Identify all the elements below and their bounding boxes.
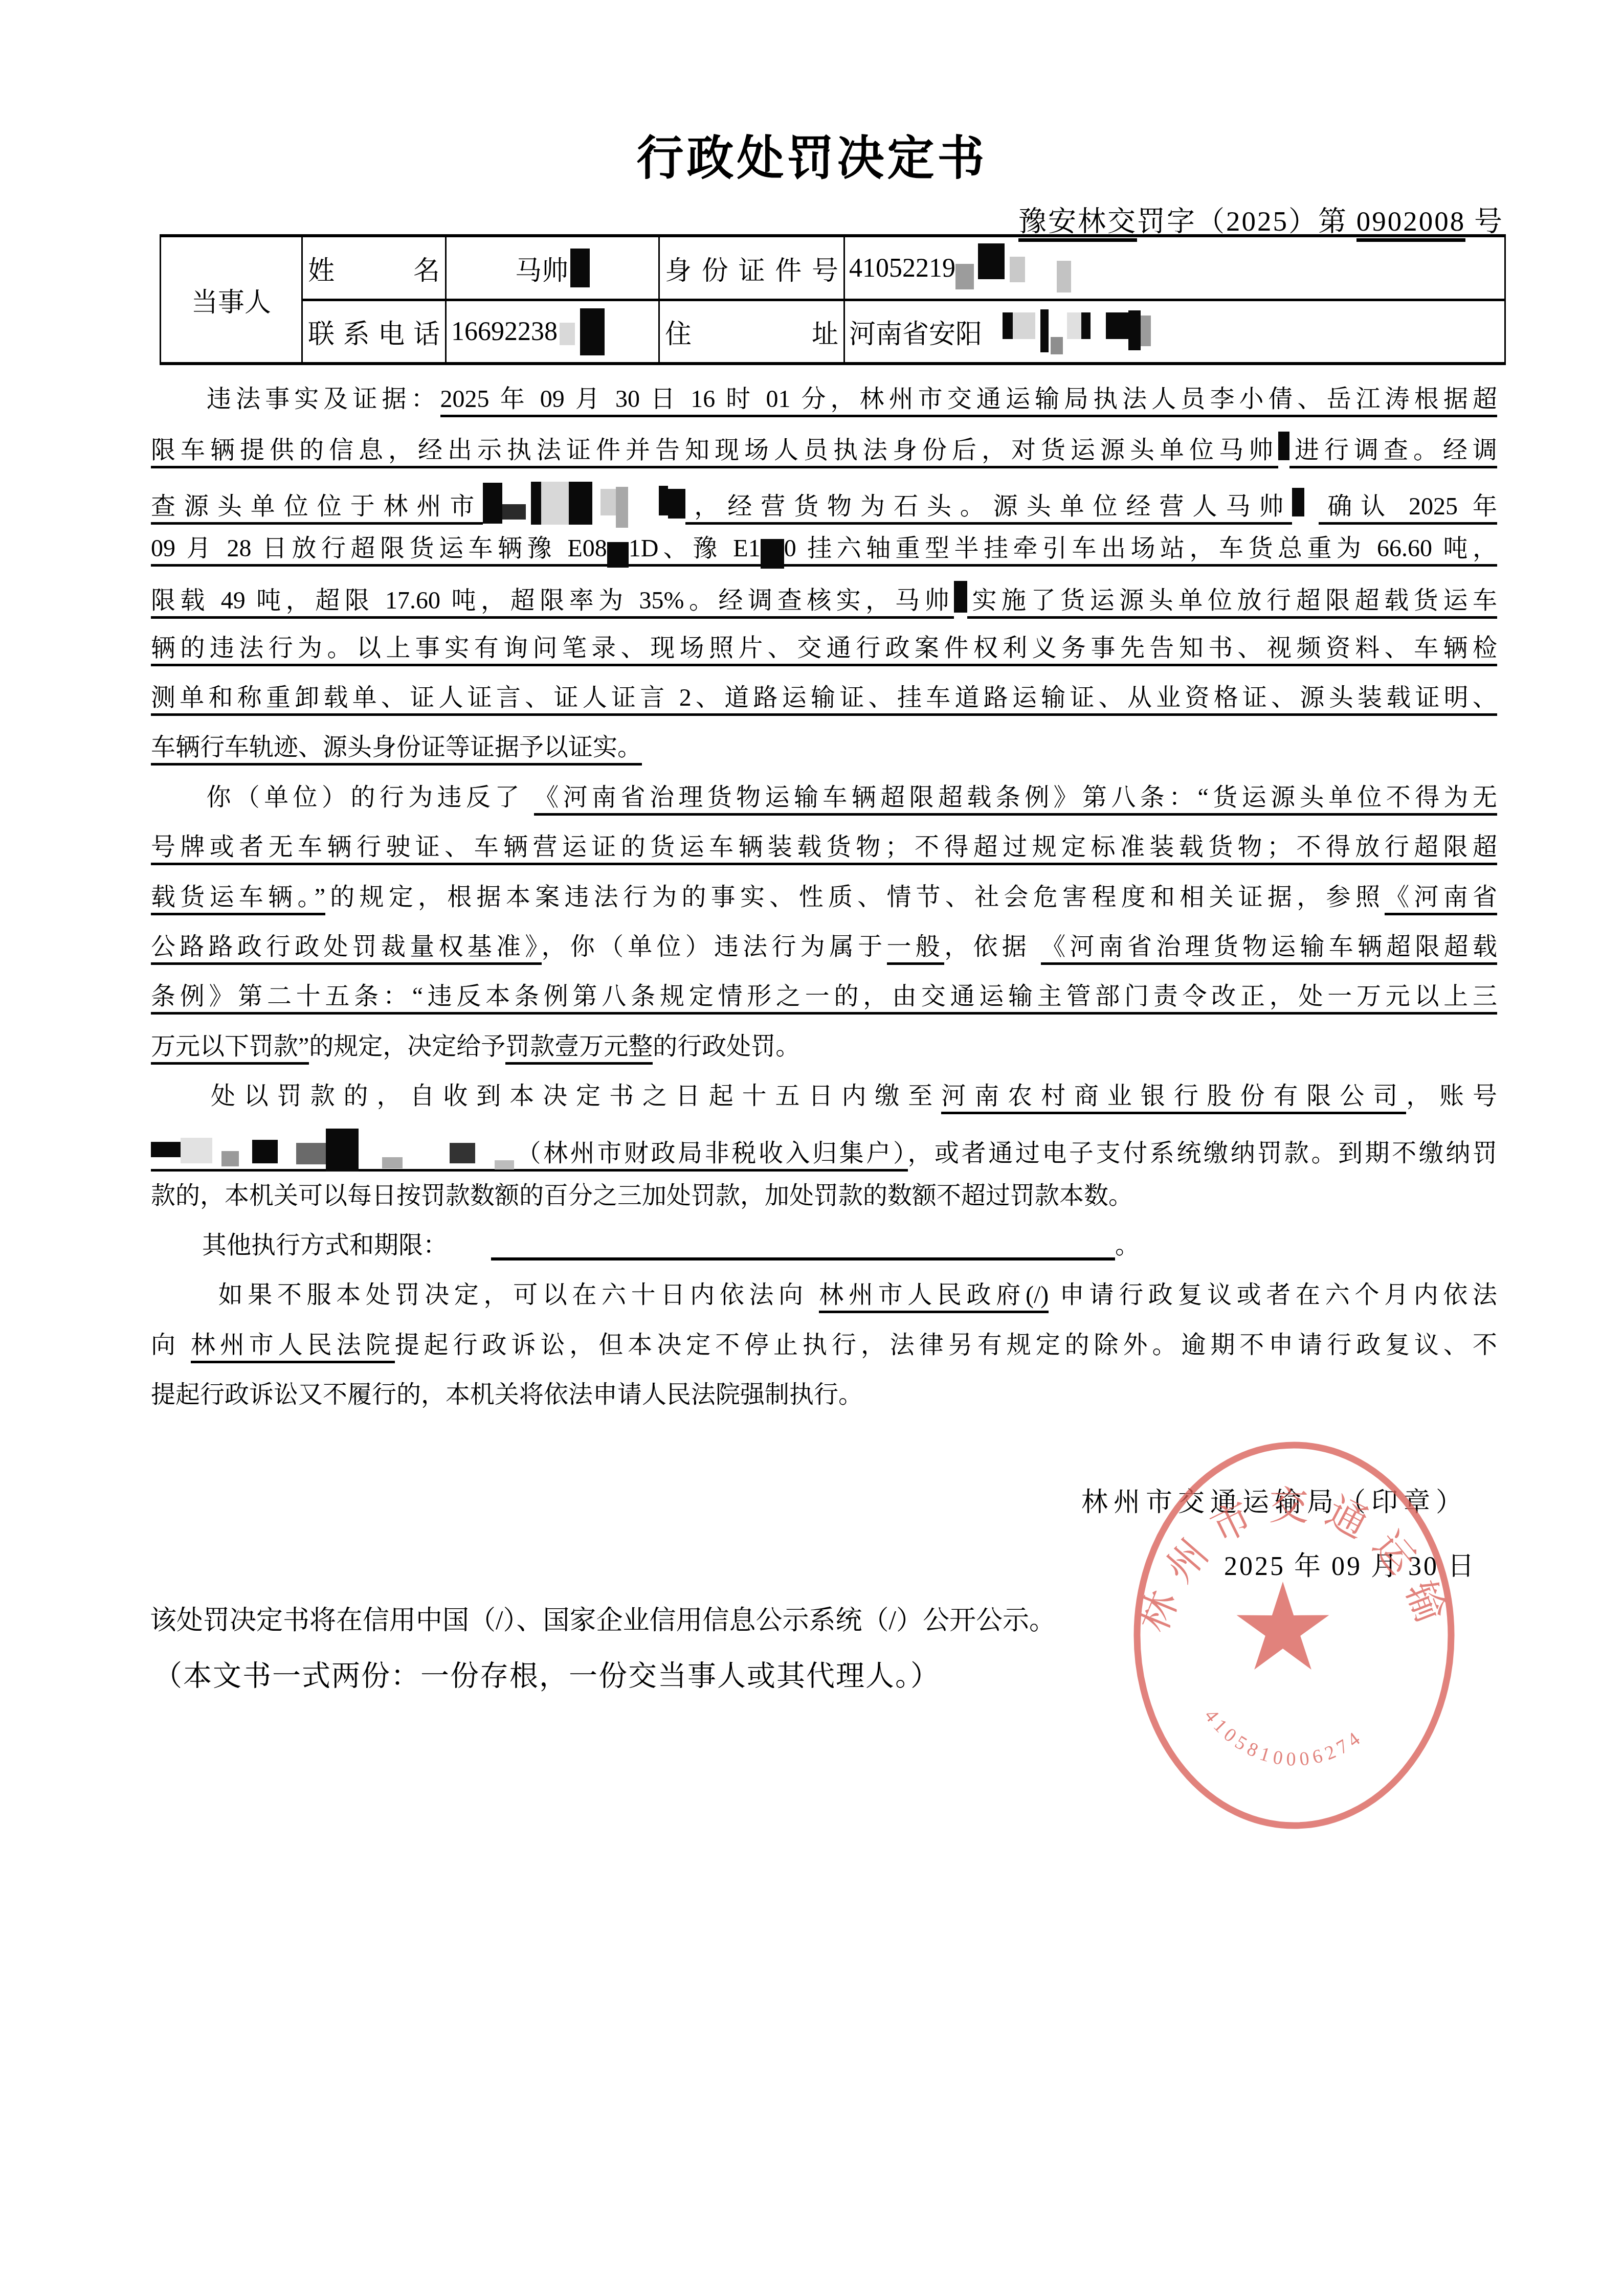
redaction-box bbox=[570, 249, 590, 287]
text-line: 号牌或者无车辆行驶证、车辆营运证的货运车辆装载货物；不得超过规定标准装载货物；不… bbox=[151, 830, 1497, 865]
name-label-cell: 姓名 bbox=[308, 237, 440, 299]
underlined-text: 车辆行车轨迹、源头身份证等证据予以证实。 bbox=[151, 734, 642, 766]
redaction-box bbox=[531, 482, 541, 525]
redaction-box bbox=[668, 489, 685, 519]
underlined-text: 2025 年 09 月 30 日 16 时 01 分，林州市交通运输局执法人员李… bbox=[440, 386, 1497, 417]
doc-number-mid: 罚字（2025）第 bbox=[1137, 206, 1356, 237]
spacer bbox=[1091, 336, 1106, 337]
redaction-box bbox=[580, 308, 605, 355]
spacer bbox=[448, 1253, 491, 1253]
addr-value-cell: 河南省安阳 bbox=[849, 301, 1504, 362]
text-line: 限车辆提供的信息，经出示执法证件并告知现场人员执法身份后，对货运源头单位马帅进行… bbox=[151, 432, 1497, 468]
underlined-text: 河南农村商业银行股份有限公司 bbox=[941, 1083, 1406, 1114]
redaction-box bbox=[326, 1129, 359, 1172]
blank-fill-line bbox=[491, 1234, 1115, 1260]
text-run: 处以罚款的，自收到本决定书之日起十五日内缴至 bbox=[202, 1083, 941, 1110]
spacer bbox=[1035, 336, 1040, 337]
spacer bbox=[151, 1253, 202, 1253]
svg-text:林州市交通运输局: 林州市交通运输局 bbox=[1118, 1427, 1458, 1641]
redaction-box bbox=[450, 1143, 475, 1163]
publicity-note: 该处罚决定书将在信用中国（/）、国家企业信用信息公示系统（/）公开公示。 bbox=[150, 1599, 1056, 1637]
text-run: （林州市财政局非税收入归集户） bbox=[514, 1140, 908, 1167]
redaction-box bbox=[181, 1138, 212, 1163]
underlined-text: 辆的违法行为。以上事实有询问笔录、现场照片、交通行政案件权利义务事先告知书、视频… bbox=[151, 635, 1497, 666]
text-run: 提起行政诉讼，但本决定不停止执行，法律另有规定的除外。逾期不申请行政复议、不 bbox=[395, 1332, 1497, 1359]
redaction-box bbox=[1278, 432, 1289, 460]
underlined-text: 一般 bbox=[887, 933, 945, 965]
underlined-text: 林州市人民法院 bbox=[191, 1332, 395, 1363]
spacer bbox=[628, 514, 659, 514]
party-table: 当事人 姓名 马帅 身份证件号 41052219 联系电话 16692238 住… bbox=[160, 234, 1506, 365]
redaction-box bbox=[955, 264, 974, 289]
phone-redaction bbox=[558, 308, 605, 355]
phone-label: 联系电话 bbox=[308, 312, 440, 351]
phone-value-cell: 16692238 bbox=[451, 301, 658, 362]
underlined-text: 限车辆提供的信息，经出示执法证件并告知现场人员执法身份后，对货运源头单位马帅 bbox=[151, 437, 1278, 468]
text-run: 其他执行方式和期限： bbox=[202, 1232, 448, 1259]
id-label-cell: 身份证件号 bbox=[665, 237, 838, 299]
id-label: 身份证件号 bbox=[665, 249, 838, 287]
redaction-box bbox=[483, 483, 502, 524]
text-run: 。 bbox=[1115, 1232, 1140, 1259]
text-run: 申请行政复议或者在六个月内依法 bbox=[1049, 1281, 1497, 1309]
underlined-text: 09 月 28 日放行超限货运车辆豫 E08 bbox=[151, 535, 607, 567]
redaction-box bbox=[1051, 337, 1063, 354]
redaction-box bbox=[502, 504, 526, 520]
underlined-text: 限载 49 吨，超限 17.60 吨，超限率为 35%。经调查核实，马帅 bbox=[151, 587, 954, 619]
name-redaction bbox=[568, 249, 590, 287]
redaction-box bbox=[1128, 310, 1141, 350]
table-vline-3 bbox=[658, 234, 660, 365]
spacer bbox=[151, 805, 202, 805]
underlined-group: （林州市财政局非税收入归集户） bbox=[151, 1140, 908, 1172]
name-value: 马帅 bbox=[515, 249, 568, 287]
spacer bbox=[359, 1161, 382, 1161]
underlined-text: 号牌或者无车辆行驶证、车辆营运证的货运车辆装载货物；不得超过规定标准装载货物；不… bbox=[151, 834, 1497, 865]
redaction-box bbox=[1141, 316, 1151, 346]
party-label: 当事人 bbox=[191, 281, 271, 319]
stamp-star-icon bbox=[1237, 1582, 1329, 1670]
stamp-org-text: 林州市交通运输局 bbox=[1118, 1427, 1458, 1641]
page-title: 行政处罚决定书 bbox=[0, 121, 1624, 188]
text-line: 处以罚款的，自收到本决定书之日起十五日内缴至河南农村商业银行股份有限公司，账号 bbox=[151, 1079, 1497, 1114]
signature-date: 2025 年 09 月 30 日 bbox=[1224, 1544, 1476, 1583]
copies-note: （本文书一式两份：一份存根，一份交当事人或其代理人。） bbox=[153, 1653, 940, 1694]
redaction-box bbox=[1040, 309, 1049, 352]
text-run: ，依据 bbox=[944, 933, 1041, 960]
spacer bbox=[151, 407, 202, 407]
redaction-box bbox=[607, 542, 629, 568]
redaction-box bbox=[659, 486, 668, 515]
redaction-box bbox=[954, 581, 967, 613]
spacer bbox=[1005, 285, 1010, 285]
underlined-text: 查源头单位位于林州市 bbox=[151, 493, 483, 525]
spacer bbox=[982, 336, 1003, 337]
spacer bbox=[403, 1161, 450, 1161]
text-line: 条例》第二十五条：“违反本条例第八条规定情形之一的，由交通运输主管部门责令改正，… bbox=[151, 979, 1497, 1014]
redaction-box bbox=[569, 482, 592, 525]
underlined-text: 《河南省 bbox=[1385, 884, 1497, 915]
table-border-right bbox=[1504, 234, 1506, 365]
redaction-box bbox=[600, 489, 616, 515]
name-value-cell: 马帅 bbox=[447, 237, 658, 299]
text-line: 车辆行车轨迹、源头身份证等证据予以证实。 bbox=[151, 730, 1497, 765]
id-value: 41052219 bbox=[849, 253, 955, 283]
text-run: 提起行政诉讼又不履行的，本机关将依法申请人民法院强制执行。 bbox=[151, 1381, 863, 1408]
underlined-text: 罚款壹万元整 bbox=[505, 1033, 653, 1065]
spacer bbox=[592, 514, 600, 514]
text-line: 款的，本机关可以每日按罚款数额的百分之三加处罚款，加处罚款的数额不超过罚款本数。 bbox=[151, 1179, 1497, 1213]
text-run: 违法事实及证据： bbox=[202, 386, 440, 413]
spacer bbox=[239, 1161, 252, 1161]
text-line: 如果不服本处罚决定，可以在六十日内依法向 林州市人民政府(/) 申请行政复议或者… bbox=[151, 1278, 1497, 1313]
phone-label-cell: 联系电话 bbox=[308, 301, 440, 362]
table-vline-4 bbox=[843, 234, 845, 365]
text-line: 载货运车辆。”的规定，根据本案违法行为的事实、性质、情节、社会危害程度和相关证据… bbox=[151, 880, 1497, 915]
text-run: 的行政处罚。 bbox=[653, 1033, 800, 1060]
text-line: 提起行政诉讼又不履行的，本机关将依法申请人民法院强制执行。 bbox=[151, 1378, 1497, 1412]
underlined-text: 进行调查。经调 bbox=[1289, 437, 1497, 468]
underlined-text: 载货运车辆。” bbox=[151, 884, 325, 915]
text-line: 查源头单位位于林州市，经营货物为石头。源头单位经营人马帅确认 2025 年 bbox=[151, 482, 1497, 528]
redaction-box bbox=[761, 539, 784, 569]
redaction-box bbox=[1013, 312, 1035, 339]
underlined-text: 0 挂六轴重型半挂牵引车出场站，车货总重为 66.60 吨， bbox=[784, 535, 1497, 567]
underlined-text: 公路路政行政处罚裁量权基准》 bbox=[151, 933, 542, 965]
svg-text:4105810006274: 4105810006274 bbox=[1200, 1705, 1367, 1770]
redaction-box bbox=[382, 1157, 403, 1168]
redaction-box bbox=[541, 482, 569, 525]
text-run: ，账号 bbox=[1406, 1083, 1497, 1110]
stamp-serial-text: 4105810006274 bbox=[1200, 1705, 1367, 1770]
redaction-box bbox=[616, 487, 628, 528]
underlined-text: 实施了货运源头单位放行超限超载货运车 bbox=[967, 587, 1497, 619]
spacer bbox=[1025, 285, 1057, 285]
text-run: 的规定，决定给予 bbox=[309, 1033, 505, 1060]
name-label: 姓名 bbox=[308, 249, 440, 287]
text-line: 违法事实及证据：2025 年 09 月 30 日 16 时 01 分，林州市交通… bbox=[151, 382, 1497, 417]
text-run: 款的，本机关可以每日按罚款数额的百分之三加处罚款，加处罚款的数额不超过罚款本数。 bbox=[151, 1182, 1133, 1209]
text-line: 辆的违法行为。以上事实有询问笔录、现场照片、交通行政案件权利义务事先告知书、视频… bbox=[151, 631, 1497, 666]
redaction-box bbox=[151, 1142, 181, 1157]
text-line: 限载 49 吨，超限 17.60 吨，超限率为 35%。经调查核实，马帅实施了货… bbox=[151, 581, 1497, 618]
spacer bbox=[151, 1302, 213, 1303]
redaction-box bbox=[221, 1151, 239, 1166]
underlined-text: 林州市人民政府(/) bbox=[819, 1281, 1049, 1313]
text-line: （林州市财政局非税收入归集户），或者通过电子支付系统缴纳罚款。到期不缴纳罚 bbox=[151, 1129, 1497, 1172]
id-redaction bbox=[955, 243, 1071, 292]
text-line: 09 月 28 日放行超限货运车辆豫 E081D、豫 E10 挂六轴重型半挂牵引… bbox=[151, 531, 1497, 569]
redaction-box bbox=[495, 1160, 514, 1169]
text-run: 的规定，根据本案违法行为的事实、性质、情节、社会危害程度和相关证据，参照 bbox=[325, 884, 1385, 911]
underlined-text: 《河南省治理货物运输车辆超限超载 bbox=[1041, 933, 1497, 965]
text-run: 向 bbox=[151, 1332, 191, 1359]
spacer bbox=[526, 514, 531, 514]
text-run: 如果不服本处罚决定，可以在六十日内依法向 bbox=[213, 1281, 819, 1309]
spacer bbox=[575, 342, 580, 342]
penalty-decision-document: 行政处罚决定书 豫安林交罚字（2025）第 0902008 号 当事人 姓名 马… bbox=[0, 0, 1624, 2296]
underlined-text: 条例》第二十五条：“违反本条例第八条规定情形之一的，由交通运输主管部门责令改正，… bbox=[151, 983, 1497, 1015]
redaction-box bbox=[1292, 488, 1304, 516]
addr-value: 河南省安阳 bbox=[849, 312, 982, 351]
text-line: 公路路政行政处罚裁量权基准》，你（单位）违法行为属于一般，依据 《河南省治理货物… bbox=[151, 930, 1497, 964]
spacer bbox=[278, 1161, 296, 1161]
redaction-box bbox=[1057, 261, 1071, 292]
signature-org: 林州市交通运输局（印章） bbox=[1081, 1480, 1468, 1519]
redaction-box bbox=[252, 1140, 278, 1163]
redaction-box bbox=[1010, 257, 1025, 282]
text-run: 你（单位）的行为违反了 bbox=[202, 784, 534, 811]
underlined-text: ，经营货物为石头。源头单位经营人马帅 bbox=[685, 493, 1292, 525]
underlined-text: 万元以下罚款” bbox=[151, 1033, 309, 1065]
spacer bbox=[475, 1161, 495, 1161]
redaction-box bbox=[296, 1143, 326, 1164]
addr-redaction bbox=[982, 309, 1151, 354]
table-border-bottom bbox=[160, 362, 1506, 365]
text-run: ，或者通过电子支付系统缴纳罚款。到期不缴纳罚 bbox=[908, 1140, 1497, 1167]
addr-label: 住址 bbox=[665, 312, 838, 351]
spacer bbox=[1063, 336, 1067, 337]
redaction-box bbox=[978, 243, 1005, 279]
redaction-box bbox=[560, 323, 575, 345]
redaction-box bbox=[1106, 312, 1128, 339]
text-line: 其他执行方式和期限：。 bbox=[151, 1228, 1497, 1263]
redaction-box bbox=[1067, 312, 1081, 339]
doc-number: 豫安林交罚字（2025）第 0902008 号 bbox=[1018, 198, 1504, 239]
text-line: 测单和称重卸载单、证人证言、证人证言 2、道路运输证、挂车道路运输证、从业资格证… bbox=[151, 681, 1497, 715]
party-cell: 当事人 bbox=[161, 237, 301, 362]
text-line: 向 林州市人民法院提起行政诉讼，但本决定不停止执行，法律另有规定的除外。逾期不申… bbox=[151, 1328, 1497, 1363]
spacer bbox=[974, 285, 978, 285]
spacer bbox=[1304, 514, 1319, 514]
spacer bbox=[212, 1161, 221, 1161]
id-value-cell: 41052219 bbox=[849, 237, 1504, 299]
spacer bbox=[151, 1104, 202, 1104]
table-vline-1 bbox=[301, 234, 303, 365]
text-run: ，你（单位）违法行为属于 bbox=[542, 933, 887, 960]
text-line: 万元以下罚款”的规定，决定给予罚款壹万元整的行政处罚。 bbox=[151, 1029, 1497, 1064]
underlined-text: 确认 2025 年 bbox=[1319, 493, 1497, 525]
redaction-box bbox=[1003, 312, 1013, 339]
text-line: 你（单位）的行为违反了 《河南省治理货物运输车辆超限超载条例》第八条：“货运源头… bbox=[151, 780, 1497, 815]
underlined-text: 测单和称重卸载单、证人证言、证人证言 2、道路运输证、挂车道路运输证、从业资格证… bbox=[151, 684, 1497, 716]
underlined-text: 1D、豫 E1 bbox=[629, 535, 761, 567]
addr-label-cell: 住址 bbox=[665, 301, 838, 362]
redaction-box bbox=[1081, 312, 1091, 339]
doc-number-suffix: 号 bbox=[1465, 206, 1504, 237]
phone-value: 16692238 bbox=[451, 317, 558, 347]
underlined-text: 《河南省治理货物运输车辆超限超载条例》第八条：“货运源头单位不得为无 bbox=[534, 784, 1497, 816]
